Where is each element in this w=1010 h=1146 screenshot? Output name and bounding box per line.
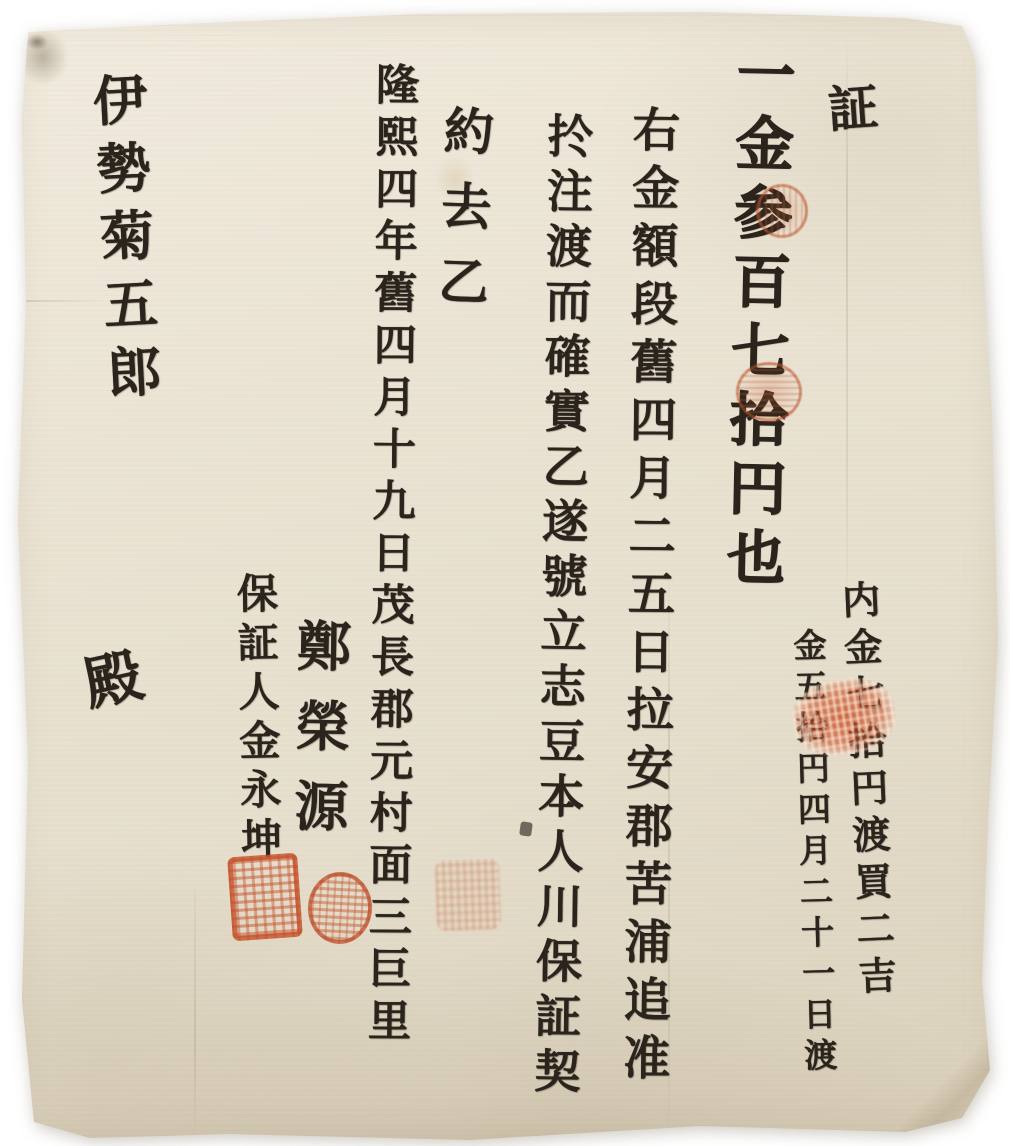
horizontal-fold-crease [20,300,106,302]
amount-line: 一金参百七拾円也 [720,43,790,596]
brush-dot-mark: 、 [906,0,952,44]
addressee-name: 伊勢菊五郎 [87,71,159,413]
document-photo: 、 証 一金参百七拾円也 右金額段舊四月二五日拉安郡苦浦追准 扵注渡而確實乙遂號… [0,0,1010,1146]
signer-name: 鄭榮源 [289,618,347,859]
document-title: 証 [822,80,875,133]
honorific-dono: 殿 [73,645,142,714]
paper-sheet: 、 証 一金参百七拾円也 右金額段舊四月二五日拉安郡苦浦追准 扵注渡而確實乙遂號… [0,0,1010,1146]
paper-stain [26,34,48,50]
faint-seal-icon [435,859,501,931]
payment-note-column-1: 内金七拾円渡買二吉 [837,579,893,1003]
paper-stain [8,18,78,96]
body-text-column-2: 扵注渡而確實乙遂號立志豆本人川保証契 [530,112,590,1103]
paper-stain [100,18,111,27]
body-text-column-3: 約去乙 [433,104,491,331]
body-text-column-1: 右金額段舊四月二五日拉安郡苦浦追准 [618,105,675,1091]
corner-fold-shadow [900,1020,1010,1140]
payment-note-column-2: 金五拾円四月二十一日渡 [789,628,834,1080]
guarantor-name-line: 保証人金永坤 [232,572,278,867]
vertical-fold-crease [194,890,196,1140]
date-place-column: 隆熙四年舊四月十九日茂長郡元村面三巨里 [364,62,416,1050]
paper-shadow-wrap: 、 証 一金参百七拾円也 右金額段舊四月二五日拉安郡苦浦追准 扵注渡而確實乙遂號… [0,0,1010,1146]
